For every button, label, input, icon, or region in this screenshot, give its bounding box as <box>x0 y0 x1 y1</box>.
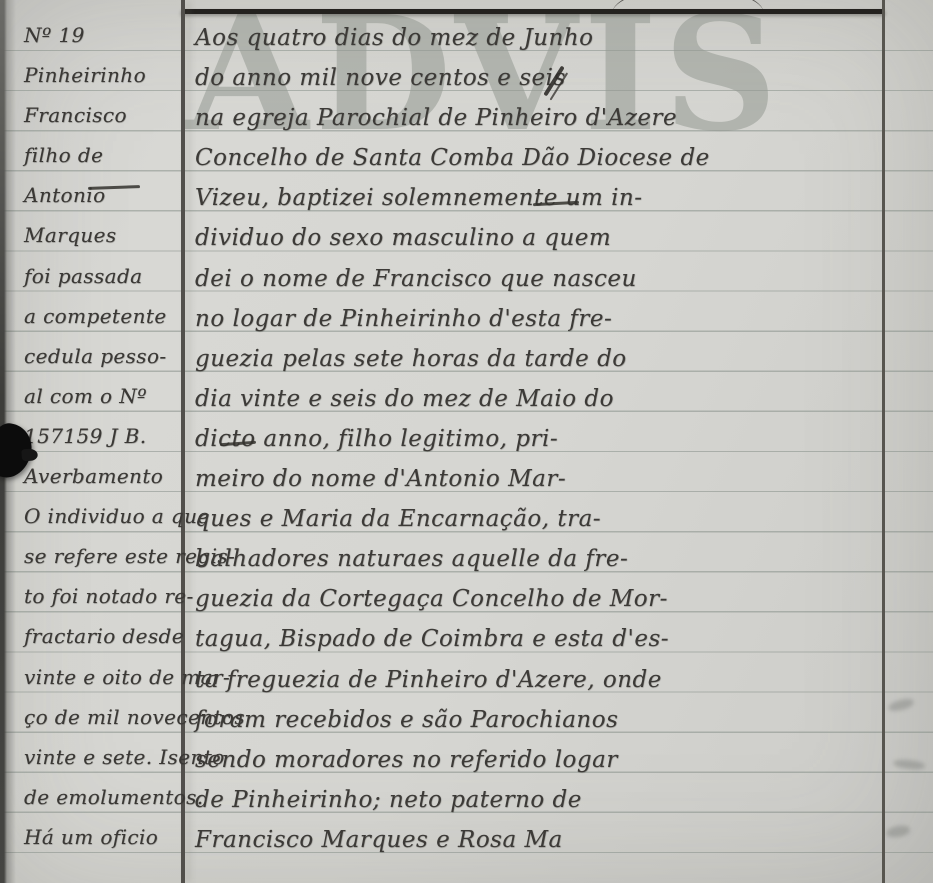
record-line: meiro do nome d'Antonio Mar- <box>195 459 895 499</box>
record-line: Vizeu, baptizei solemnemente um in- <box>195 178 895 218</box>
margin-line: to foi notado re- <box>24 576 181 616</box>
margin-line: Marques <box>24 215 181 255</box>
margin-line: foi passada <box>24 256 181 296</box>
margin-line: Averbamento <box>24 456 181 496</box>
margin-line: Antonio <box>24 175 181 215</box>
margin-line: cedula pesso- <box>24 336 181 376</box>
margin-line: ço de mil novecentos <box>24 697 181 737</box>
record-line: na egreja Parochial de Pinheiro d'Azere <box>195 98 895 138</box>
record-line: balhadores naturaes aquelle da fre- <box>195 539 895 579</box>
record-line: dicto anno, filho legitimo, pri- <box>195 419 895 459</box>
record-line: foram recebidos e são Parochianos <box>195 700 895 740</box>
margin-line: Francisco <box>24 95 181 135</box>
margin-line: O individuo a que <box>24 496 181 536</box>
record-line: sendo moradores no referido logar <box>195 740 895 780</box>
header-rule-line <box>181 9 885 14</box>
margin-line: filho de <box>24 135 181 175</box>
margin-line: de emolumentos. <box>24 777 181 817</box>
ink-bleedthrough-mark <box>893 758 926 771</box>
record-text-column: Aos quatro dias do mez de Junho do anno … <box>195 18 895 860</box>
record-line: guezia da Cortegaça Concelho de Mor- <box>195 579 895 619</box>
margin-line: fractario desde <box>24 616 181 656</box>
record-line: dia vinte e seis do mez de Maio do <box>195 379 895 419</box>
margin-line: Há um oficio <box>24 817 181 857</box>
record-line: tagua, Bispado de Coimbra e esta d'es- <box>195 619 895 659</box>
record-line: dei o nome de Francisco que nasceu <box>195 259 895 299</box>
record-line: Francisco Marques e Rosa Ma <box>195 820 895 860</box>
record-line: no logar de Pinheirinho d'esta fre- <box>195 299 895 339</box>
margin-line: 157159 J B. <box>24 416 181 456</box>
record-line: guezia pelas sete horas da tarde do <box>195 339 895 379</box>
margin-line: vinte e sete. Isento <box>24 737 181 777</box>
margin-line: vinte e oito de mar- <box>24 657 181 697</box>
record-line: ta freguezia de Pinheiro d'Azere, onde <box>195 660 895 700</box>
margin-line: al com o Nº <box>24 376 181 416</box>
record-line: Concelho de Santa Comba Dão Diocese de <box>195 138 895 178</box>
register-page-scan: ADVIS Nº 19 Pinheirinho Francisco filho … <box>0 0 933 883</box>
margin-line: se refere este regis- <box>24 536 181 576</box>
record-number: Nº 19 <box>24 15 181 55</box>
record-line: Aos quatro dias do mez de Junho <box>195 18 895 58</box>
margin-line: Pinheirinho <box>24 55 181 95</box>
record-line: de Pinheirinho; neto paterno de <box>195 780 895 820</box>
record-line: dividuo do sexo masculino a quem <box>195 218 895 258</box>
record-line: ques e Maria da Encarnação, tra- <box>195 499 895 539</box>
margin-line: a competente <box>24 296 181 336</box>
